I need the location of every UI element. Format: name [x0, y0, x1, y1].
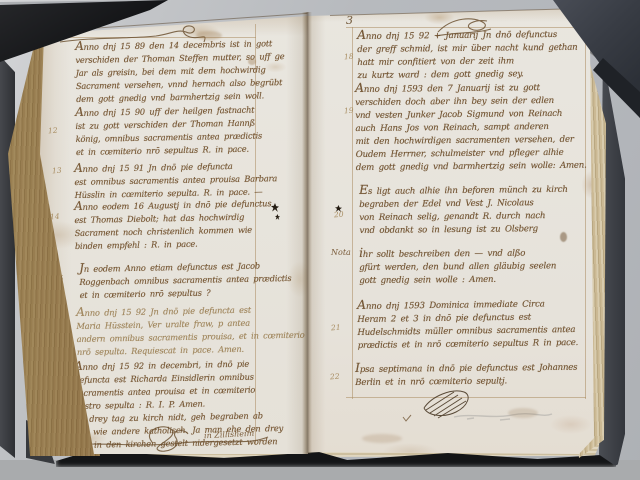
manuscript-line: Jn eodem Anno etiam defunctus est Jacob — [79, 258, 289, 276]
nota-label: Nota — [331, 248, 351, 257]
manuscript-line: Es ligt auch alhie ihn beforen münch zu … — [359, 181, 595, 199]
manuscript-line: Sacrament versehen, vnnd hernach also be… — [76, 76, 286, 93]
stain — [508, 408, 538, 418]
ruled-frame-line-vertical — [352, 27, 353, 399]
manuscript-line: nrō sepulta. Requiescat in pace. Amen. — [77, 342, 287, 359]
entry-number: 19 — [344, 106, 354, 116]
nota-block: Nota ihr sollt beschreiben den — vnd alß… — [359, 246, 595, 288]
manuscript-line: est omnibus sacramentis antea prouisa Ba… — [74, 172, 284, 189]
manuscript-line: Anno dnj 15 90 uff der heilgen fastnacht — [75, 102, 285, 120]
manuscript-line: Anno dnj 15 91 Jn dnō pie defuncta — [74, 158, 284, 176]
manuscript-line: Maria Hüsstein, Ver uralte fraw, p antea — [76, 316, 286, 333]
ruled-frame-line-top — [60, 37, 256, 38]
manuscript-page-right: 3 18 19 20 21 22 Anno dnj 15 92 + Januar… — [308, 4, 600, 456]
entry-number: 18 — [344, 52, 354, 62]
manuscript-line: prædictis et in nrō cœmiterio sepultus R… — [358, 337, 594, 353]
register-entry: Anno dnj 1593 Dominica immediate CircaHe… — [357, 298, 593, 353]
manuscript-line: Roggenbach omnibus sacramentis antea præ… — [79, 272, 289, 289]
gutter-crease — [302, 12, 312, 454]
manuscript-line: sey wie andere katholisch. Ja man ehe de… — [75, 422, 285, 439]
manuscript-line: est Thomas Diebolt; hat das hochwirdig — [74, 210, 284, 227]
register-entry: Anno dnj 15 91 Jn dnō pie defunctaest om… — [74, 162, 284, 202]
manuscript-line: Anno eodem 16 Augustj in dnō pie defunct… — [74, 196, 284, 214]
manuscript-line: sacramentis antea prouisa et in cœmiteri… — [75, 383, 285, 400]
stain — [248, 58, 256, 65]
manuscript-line: Anno dnj 15 89 den 14 decembris ist in g… — [75, 36, 285, 54]
manuscript-line: nostro sepulta : R. I. P. Amen. — [75, 396, 285, 413]
manuscript-line: andern omnibus sacramentis prouisa, et i… — [77, 329, 287, 346]
faint-pencil-smudge — [452, 409, 556, 423]
manuscript-line: Anno dnj 15 92 in decembri, in dnō pie — [74, 356, 284, 374]
pen-flourish — [434, 14, 494, 40]
manuscript-line: gott gnedig sein wolle : Amen. — [359, 273, 595, 288]
register-entry: Anno dnj 15 92 Jn dnō pie defuncta estMa… — [76, 306, 286, 359]
manuscript-line: uhr in den kirchen gestelt nidergesetzt … — [76, 435, 286, 452]
manuscript-line: defuncta est Richarda Einsidlerin omnibu… — [74, 370, 284, 387]
place-note: in Zillisheim — [204, 429, 255, 441]
entry-number: 21 — [331, 323, 341, 333]
manuscript-line: ist zu gott verschiden der Thoman Hannß — [75, 116, 285, 133]
manuscript-line: Anno dnj 15 92 Jn dnō pie defuncta est — [76, 302, 286, 320]
manuscript-line: et in cœmiterio nrō sepultus ? — [80, 285, 290, 302]
stain — [560, 232, 567, 242]
register-entry: Es ligt auch alhie ihn beforen münch zu … — [359, 183, 595, 238]
stain — [196, 31, 222, 40]
manuscript-line: Hüsslin in cœmiterio sepulta. R. in pace… — [75, 185, 285, 202]
entry-number: 12 — [48, 126, 58, 136]
manuscript-line: Jar als greisin, bei dem mit dem hochwir… — [76, 63, 286, 80]
register-entry: Anno dnj 1593 den 7 Januarij ist zu gott… — [355, 81, 591, 175]
manuscript-line: dem gott gnedig vnd barmhertzig sein wol… — [76, 89, 286, 106]
manuscript-line: et in cœmiterio nrō sepultus R. in pace. — [76, 142, 286, 159]
manuscript-line: vnd vesten Junker Jacob Sigmund von Rein… — [355, 108, 591, 123]
book-cover-left-edge — [0, 56, 15, 458]
manuscript-line: Sacrament noch christenlich kommen wie — [75, 223, 285, 240]
ruled-frame-line-vertical — [255, 24, 256, 444]
manuscript-line: könig, omnibus sacramentis antea prædict… — [76, 129, 286, 146]
manuscript-line: ist drey tag zu kirch nidt, geh begraben… — [75, 409, 285, 426]
register-entry: Anno dnj 15 92 in decembri, in dnō piede… — [74, 360, 284, 452]
manuscript-line: Ipsa septimana in dnō pie defunctus est … — [355, 359, 591, 377]
manuscript-line: binden empfehl : R. in pace. — [75, 236, 285, 253]
entry-number: 20 — [334, 210, 344, 220]
entry-number: 13 — [52, 166, 62, 176]
register-entry: Anno eodem 16 Augustj in dnō pie defunct… — [74, 200, 284, 253]
register-entry: Anno dnj 15 89 den 14 decembris ist in g… — [75, 40, 285, 106]
register-entry: Anno dnj 15 90 uff der heilgen fastnacht… — [75, 106, 285, 159]
manuscript-line: dem gott gnedig vnd barmhertzig sein wol… — [356, 160, 592, 175]
manuscript-line: der greff schmid, ist mir über nacht kun… — [357, 42, 593, 57]
check-mark — [402, 414, 412, 422]
stain — [362, 434, 402, 443]
register-entry: Jn eodem Anno etiam defunctus est JacobR… — [79, 262, 289, 302]
entry-number: 22 — [330, 372, 340, 382]
